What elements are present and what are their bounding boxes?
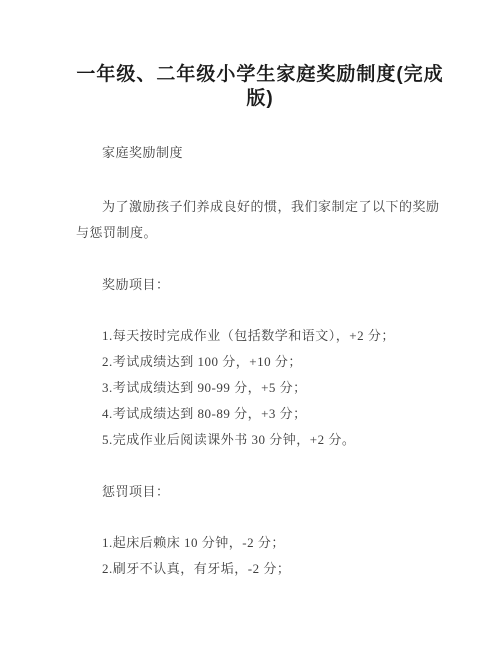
reward-list-item: 2.考试成绩达到 100 分，+10 分； [76,349,444,375]
reward-list-item: 1.每天按时完成作业（包括数学和语文），+2 分； [76,323,444,349]
punishment-list: 1.起床后赖床 10 分钟，-2 分； 2.刷牙不认真，有牙垢，-2 分； [76,530,444,582]
document-page: 一年级、二年级小学生家庭奖励制度(完成版) 家庭奖励制度 为了激励孩子们养成良好… [0,0,502,649]
reward-list-item: 3.考试成绩达到 90-99 分，+5 分； [76,375,444,401]
reward-section-heading: 奖励项目： [76,272,444,298]
punishment-list-item: 1.起床后赖床 10 分钟，-2 分； [76,530,444,556]
document-title: 一年级、二年级小学生家庭奖励制度(完成版) [76,63,444,111]
punishment-section-heading: 惩罚项目： [76,479,444,505]
document-subtitle: 家庭奖励制度 [76,140,444,166]
intro-paragraph: 为了激励孩子们养成良好的惯，我们家制定了以下的奖励与惩罚制度。 [76,194,444,246]
reward-list: 1.每天按时完成作业（包括数学和语文），+2 分； 2.考试成绩达到 100 分… [76,323,444,453]
punishment-list-item: 2.刷牙不认真，有牙垢，-2 分； [76,556,444,582]
reward-list-item: 4.考试成绩达到 80-89 分，+3 分； [76,401,444,427]
document-content: 一年级、二年级小学生家庭奖励制度(完成版) 家庭奖励制度 为了激励孩子们养成良好… [0,0,502,649]
reward-list-item: 5.完成作业后阅读课外书 30 分钟，+2 分。 [76,427,444,453]
